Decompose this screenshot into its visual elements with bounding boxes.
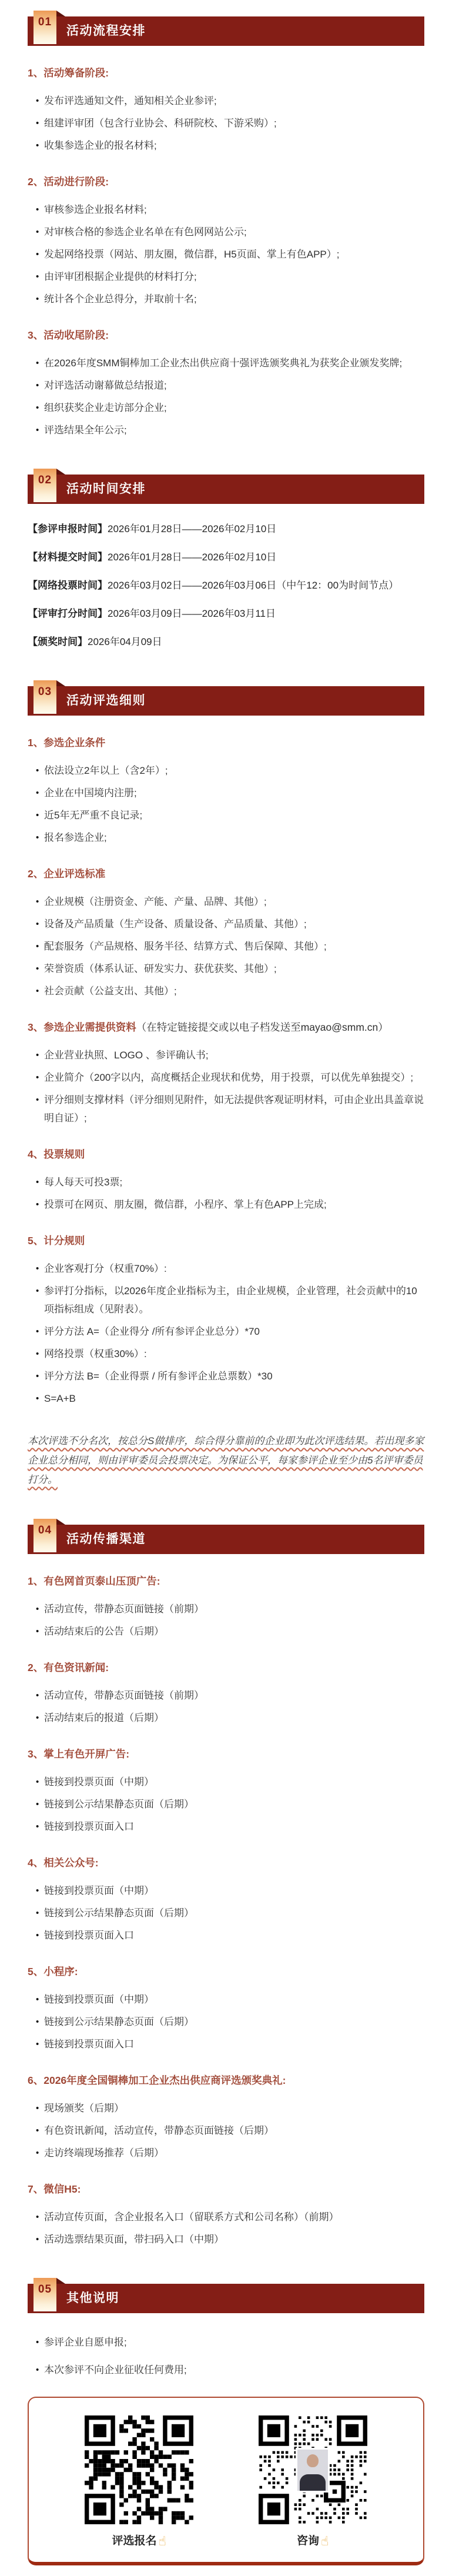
flow-group-2: 2、活动进行阶段: •审核参选企业报名材料; •对审核合格的参选企业名单在有色网… [28,175,424,308]
bullet-icon: • [36,1195,44,1214]
rules-group-1: 1、参选企业条件 •依法设立2年以上（含2年）; •企业在中国境内注册; •近5… [28,736,424,847]
bullet-icon: • [36,1046,44,1064]
list-item: •企业客观打分（权重70%）: [28,1259,424,1278]
section-number: 01 [38,16,52,29]
schedule-row: 【网络投票时间】2026年03月02日——2026年03月06日（中午12：00… [28,577,424,594]
channel-group-3: 3、掌上有色开屏广告: •链接到投票页面（中期） •链接到公示结果静态页面（后期… [28,1747,424,1836]
section-title: 活动评选细则 [28,686,424,716]
bullet-icon: • [36,893,44,911]
ranking-note: 本次评选不分名次，按总分S做排序，综合得分靠前的企业即为此次评选结果。若出现多家… [28,1431,424,1489]
qr-panel: 评选报名☝ 咨询☝ [28,2397,424,2565]
badge-fold-icon [56,11,65,16]
list-item: •审核参选企业报名材料; [28,201,424,219]
list-item: •走访终端现场推荐（后期） [28,2144,424,2162]
list-item: •本次参评不向企业征收任何费用; [28,2361,424,2379]
bullet-icon: • [36,354,44,372]
section-number-badge: 04 [33,1519,56,1552]
list-item: •评选结果全年公示; [28,421,424,439]
section-02-banner: 02 活动时间安排 [28,475,424,504]
list-item: •企业简介（200字以内，高度概括企业现状和优势，用于投票，可以优先单独提交）; [28,1068,424,1087]
list-item: •报名参选企业; [28,828,424,847]
section-title: 活动流程安排 [28,16,424,46]
list-item: •每人每天可投3票; [28,1173,424,1191]
list-item: •活动结束后的公告（后期） [28,1622,424,1641]
bullet-icon: • [36,421,44,439]
bullet-icon: • [36,290,44,308]
contact-qr-block: 咨询☝ [259,2415,367,2549]
bullet-icon: • [36,245,44,263]
list-item: •配套服务（产品规格、服务半径、结算方式、售后保障、其他）; [28,937,424,955]
rules-group-5: 5、计分规则 •企业客观打分（权重70%）: •参评打分指标，以2026年度企业… [28,1234,424,1408]
schedule-row: 【参评申报时间】2026年01月28日——2026年02月10日 [28,520,424,538]
list-item: •组建评审团（包含行业协会、科研院校、下游采购）; [28,114,424,132]
list-item: •链接到投票页面（中期） [28,1773,424,1791]
section-other: 05 其他说明 •参评企业自愿申报; •本次参评不向企业征收任何费用; 评选报名… [28,2284,424,2565]
list-item: •评分细则支撑材料（评分细则见附件，如无法提供客观证明材料，可由企业出具盖章说明… [28,1091,424,1127]
section-flow: 01 活动流程安排 1、活动筹备阶段: •发布评选通知文件，通知相关企业参评; … [28,16,424,439]
pointing-finger-icon: ☝ [321,2534,329,2548]
bullet-icon: • [36,2333,44,2351]
group-heading: 5、计分规则 [28,1234,424,1248]
list-item: •企业在中国境内注册; [28,784,424,802]
signup-qr-label: 评选报名☝ [85,2534,193,2549]
group-heading: 3、参选企业需提供资料（在特定链接提交或以电子档发送至mayao@smm.cn） [28,1020,424,1035]
badge-fold-icon [56,469,65,475]
bullet-icon: • [36,114,44,132]
section-number: 04 [38,1524,52,1537]
channel-group-1: 1、有色网首页泰山压顶广告: •活动宣传，带静态页面链接（前期） •活动结束后的… [28,1574,424,1641]
section-01-banner: 01 活动流程安排 [28,16,424,46]
bullet-icon: • [36,828,44,847]
bullet-icon: • [36,1926,44,1944]
bullet-icon: • [36,1990,44,2009]
badge-fold-icon [56,1519,65,1525]
group-heading: 2、活动进行阶段: [28,175,424,189]
signup-qr-block: 评选报名☝ [85,2415,193,2549]
list-item: •S=A+B [28,1389,424,1408]
contact-photo [297,2450,328,2491]
group-heading: 1、参选企业条件 [28,736,424,750]
list-item: •在2026年度SMM铜棒加工企业杰出供应商十强评选颁奖典礼为获奖企业颁发奖牌; [28,354,424,372]
section-title: 活动时间安排 [28,475,424,504]
group-heading: 4、相关公众号: [28,1856,424,1870]
list-item: •近5年无严重不良记录; [28,806,424,824]
heading-suffix: （在特定链接提交或以电子档发送至mayao@smm.cn） [136,1021,388,1033]
group-heading: 2、有色资讯新闻: [28,1660,424,1675]
bullet-icon: • [36,761,44,780]
section-number-badge: 03 [33,680,56,714]
group-heading: 7、微信H5: [28,2182,424,2197]
list-item: •统计各个企业总得分，并取前十名; [28,290,424,308]
section-number: 02 [38,474,52,487]
section-number-badge: 01 [33,11,56,44]
bullet-icon: • [36,1817,44,1836]
rules-group-3: 3、参选企业需提供资料（在特定链接提交或以电子档发送至mayao@smm.cn）… [28,1020,424,1127]
list-item: •投票可在网页、朋友圈，微信群，小程序、掌上有色APP上完成; [28,1195,424,1214]
list-item: •企业营业执照、LOGO 、参评确认书; [28,1046,424,1064]
contact-qr-label: 咨询☝ [259,2534,367,2549]
bullet-icon: • [36,1068,44,1087]
flow-group-1: 1、活动筹备阶段: •发布评选通知文件，通知相关企业参评; •组建评审团（包含行… [28,66,424,155]
list-item: •发起网络投票（网站、朋友圈，微信群，H5页面、掌上有色APP）; [28,245,424,263]
list-item: •对评选活动谢幕做总结报道; [28,376,424,395]
rules-group-4: 4、投票规则 •每人每天可投3票; •投票可在网页、朋友圈，微信群，小程序、掌上… [28,1147,424,1214]
bullet-icon: • [36,1882,44,1900]
list-item: •链接到投票页面入口 [28,2035,424,2053]
channel-group-4: 4、相关公众号: •链接到投票页面（中期） •链接到公示结果静态页面（后期） •… [28,1856,424,1944]
list-item: •发布评选通知文件，通知相关企业参评; [28,92,424,110]
list-item: •链接到投票页面入口 [28,1926,424,1944]
bullet-icon: • [36,2099,44,2117]
bullet-icon: • [36,2361,44,2379]
list-item: •对审核合格的参选企业名单在有色网网站公示; [28,223,424,241]
list-item: •链接到投票页面（中期） [28,1882,424,1900]
bullet-icon: • [36,268,44,286]
bullet-icon: • [36,136,44,155]
channel-group-6: 6、2026年度全国铜棒加工企业杰出供应商评选颁奖典礼: •现场颁奖（后期） •… [28,2073,424,2162]
list-item: •活动宣传，带静态页面链接（前期） [28,1600,424,1618]
contact-qr-code[interactable] [259,2415,367,2524]
bullet-icon: • [36,201,44,219]
list-item: •活动宣传，带静态页面链接（前期） [28,1686,424,1705]
bullet-icon: • [36,1622,44,1641]
group-heading: 3、活动收尾阶段: [28,328,424,343]
bullet-icon: • [36,1773,44,1791]
bullet-icon: • [36,2208,44,2226]
list-item: •参评企业自愿申报; [28,2333,424,2351]
section-rules: 03 活动评选细则 1、参选企业条件 •依法设立2年以上（含2年）; •企业在中… [28,686,424,1489]
list-item: •链接到投票页面（中期） [28,1990,424,2009]
list-item: •活动选票结果页面，带扫码入口（中期） [28,2230,424,2248]
list-item: •有色资讯新闻，活动宣传，带静态页面链接（后期） [28,2121,424,2140]
section-05-banner: 05 其他说明 [28,2284,424,2313]
bullet-icon: • [36,1173,44,1191]
badge-fold-icon [56,680,65,686]
bullet-icon: • [36,1367,44,1385]
bullet-icon: • [36,223,44,241]
flow-group-3: 3、活动收尾阶段: •在2026年度SMM铜棒加工企业杰出供应商十强评选颁奖典礼… [28,328,424,439]
group-heading: 3、掌上有色开屏广告: [28,1747,424,1762]
channel-group-5: 5、小程序: •链接到投票页面（中期） •链接到公示结果静态页面（后期） •链接… [28,1964,424,2053]
bullet-icon: • [36,1686,44,1705]
list-item: •活动宣传页面，含企业报名入口（留联系方式和公司名称）（前期） [28,2208,424,2226]
pointing-finger-icon: ☝ [159,2534,166,2548]
bullet-icon: • [36,1795,44,1813]
bullet-icon: • [36,2144,44,2162]
group-heading: 6、2026年度全国铜棒加工企业杰出供应商评选颁奖典礼: [28,2073,424,2088]
list-item: •链接到公示结果静态页面（后期） [28,1795,424,1813]
group-heading: 2、企业评选标准 [28,867,424,881]
bullet-icon: • [36,806,44,824]
list-item: •荣誉资质（体系认证、研发实力、获优获奖、其他）; [28,960,424,978]
schedule-row: 【材料提交时间】2026年01月28日——2026年02月10日 [28,549,424,566]
schedule-list: 【参评申报时间】2026年01月28日——2026年02月10日 【材料提交时间… [28,520,424,651]
bullet-icon: • [36,376,44,395]
schedule-row: 【评审打分时间】2026年03月09日——2026年03月11日 [28,605,424,623]
bullet-icon: • [36,2230,44,2248]
bullet-icon: • [36,399,44,417]
list-item: •活动结束后的报道（后期） [28,1709,424,1727]
bullet-icon: • [36,1389,44,1408]
list-item: •企业规模（注册资金、产能、产量、品牌、其他）; [28,893,424,911]
list-item: •链接到公示结果静态页面（后期） [28,2013,424,2031]
list-item: •评分方法 A=（企业得分 /所有参评企业总分）*70 [28,1322,424,1341]
bullet-icon: • [36,1904,44,1922]
bullet-icon: • [36,2013,44,2031]
section-number: 05 [38,2283,52,2296]
list-item: •链接到公示结果静态页面（后期） [28,1904,424,1922]
section-title: 活动传播渠道 [28,1525,424,1554]
bullet-icon: • [36,915,44,933]
poster-body: 01 活动流程安排 1、活动筹备阶段: •发布评选通知文件，通知相关企业参评; … [28,16,424,2576]
list-item: •链接到投票页面入口 [28,1817,424,1836]
bullet-icon: • [36,1259,44,1278]
section-04-banner: 04 活动传播渠道 [28,1525,424,1554]
bullet-icon: • [36,960,44,978]
list-item: •网络投票（权重30%）: [28,1345,424,1363]
channel-group-7: 7、微信H5: •活动宣传页面，含企业报名入口（留联系方式和公司名称）（前期） … [28,2182,424,2248]
section-channels: 04 活动传播渠道 1、有色网首页泰山压顶广告: •活动宣传，带静态页面链接（前… [28,1525,424,2248]
rules-group-2: 2、企业评选标准 •企业规模（注册资金、产能、产量、品牌、其他）; •设备及产品… [28,867,424,1000]
list-item: •社会贡献（公益支出、其他）; [28,982,424,1000]
bullet-icon: • [36,2035,44,2053]
badge-fold-icon [56,2278,65,2284]
list-item: •现场颁奖（后期） [28,2099,424,2117]
bullet-icon: • [36,1345,44,1363]
bullet-icon: • [36,1091,44,1127]
channel-group-2: 2、有色资讯新闻: •活动宣传，带静态页面链接（前期） •活动结束后的报道（后期… [28,1660,424,1727]
section-title: 其他说明 [28,2284,424,2313]
bullet-icon: • [36,1282,44,1318]
other-notes: •参评企业自愿申报; •本次参评不向企业征收任何费用; [28,2333,424,2379]
section-number: 03 [38,686,52,699]
group-heading: 4、投票规则 [28,1147,424,1162]
group-heading: 1、活动筹备阶段: [28,66,424,81]
bullet-icon: • [36,784,44,802]
signup-qr-code[interactable] [85,2415,193,2524]
group-heading: 1、有色网首页泰山压顶广告: [28,1574,424,1589]
section-number-badge: 02 [33,469,56,502]
schedule-row: 【颁奖时间】2026年04月09日 [28,633,424,651]
section-schedule: 02 活动时间安排 【参评申报时间】2026年01月28日——2026年02月1… [28,475,424,651]
list-item: •评分方法 B=（企业得票 / 所有参评企业总票数）*30 [28,1367,424,1385]
section-03-banner: 03 活动评选细则 [28,686,424,716]
list-item: •由评审团根据企业提供的材料打分; [28,268,424,286]
group-heading: 5、小程序: [28,1964,424,1979]
bullet-icon: • [36,982,44,1000]
bullet-icon: • [36,92,44,110]
list-item: •参评打分指标，以2026年度企业指标为主，由企业规模，企业管理，社会贡献中的1… [28,1282,424,1318]
section-number-badge: 05 [33,2278,56,2311]
bullet-icon: • [36,937,44,955]
bullet-icon: • [36,1709,44,1727]
bullet-icon: • [36,1600,44,1618]
list-item: •收集参选企业的报名材料; [28,136,424,155]
list-item: •设备及产品质量（生产设备、质量设备、产品质量、其他）; [28,915,424,933]
list-item: •组织获奖企业走访部分企业; [28,399,424,417]
list-item: •依法设立2年以上（含2年）; [28,761,424,780]
bullet-icon: • [36,1322,44,1341]
bullet-icon: • [36,2121,44,2140]
